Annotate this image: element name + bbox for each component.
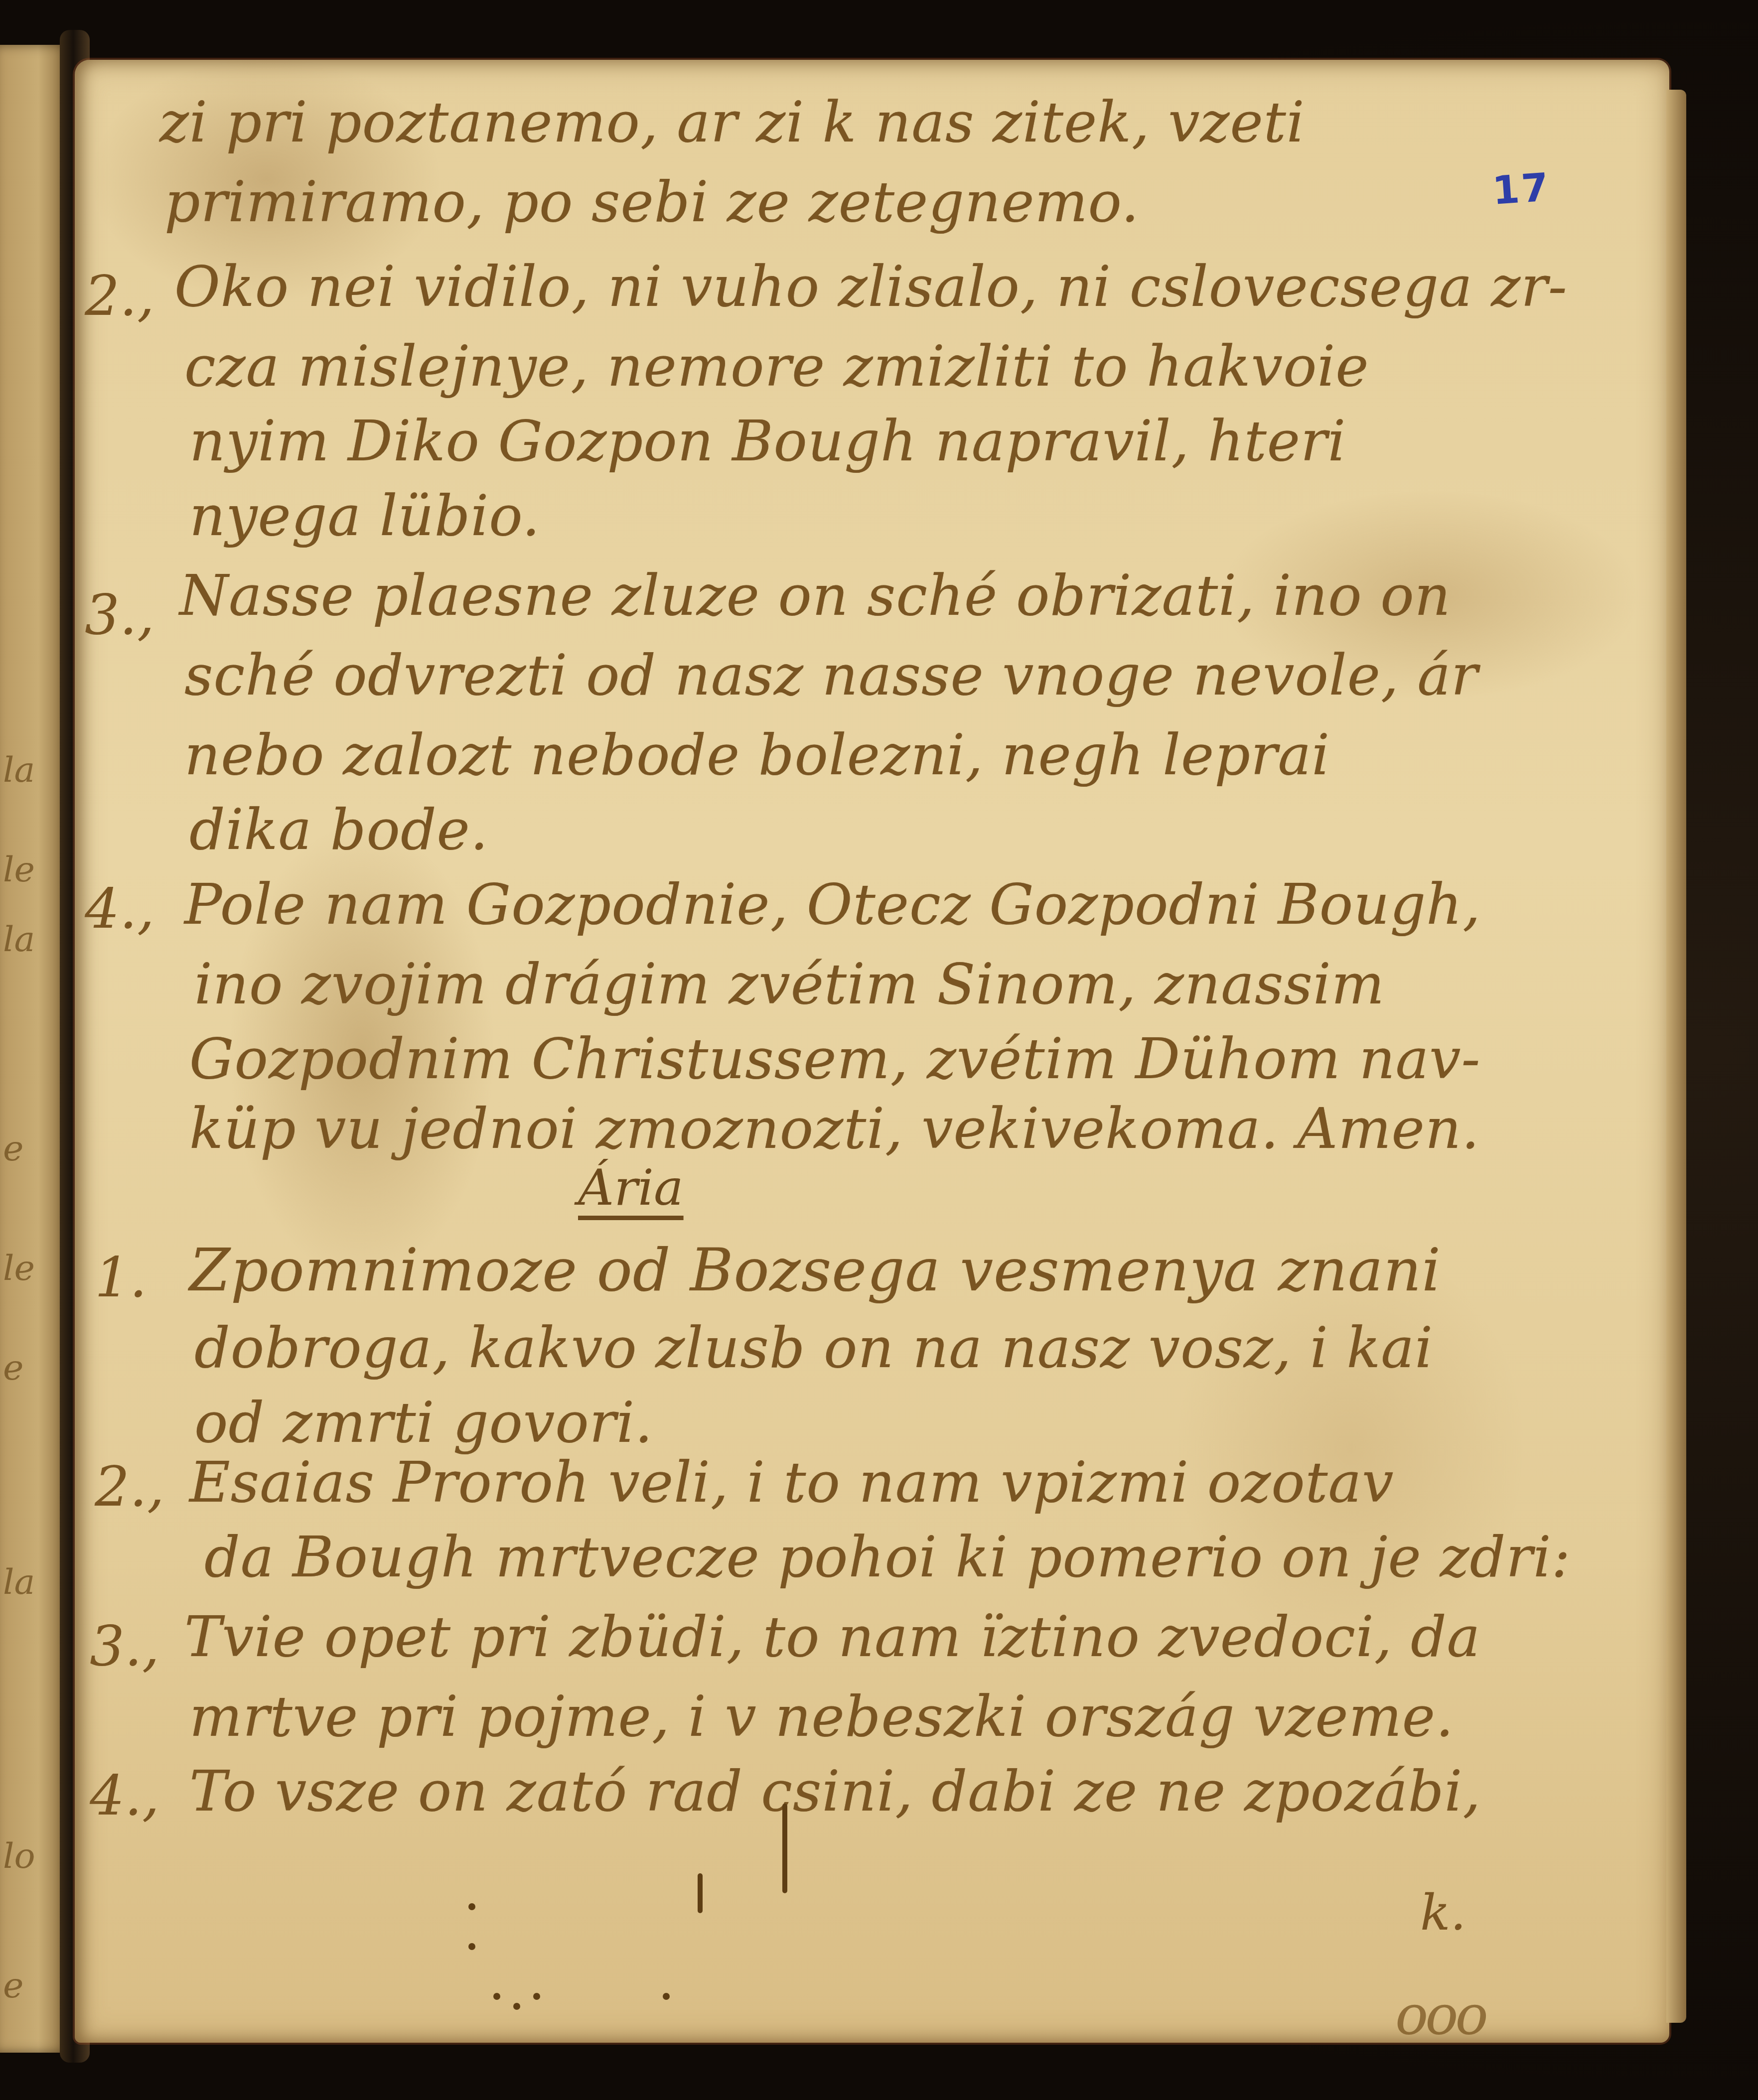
left-page-fragment: e — [3, 1350, 23, 1385]
text-line: nyega lübio. — [189, 488, 540, 544]
text-line: küp vu jednoi zmoznozti, vekivekoma. Ame… — [189, 1101, 1480, 1157]
decorative-flourish: ooo — [1395, 1983, 1485, 2047]
verse-number: 3., — [90, 1614, 159, 1678]
text-line: Gozpodnim Christussem, zvétim Dühom nav- — [189, 1031, 1480, 1087]
text-line: zi pri poztanemo, ar zi k nas zitek, vze… — [159, 95, 1305, 150]
section-heading: Ária — [578, 1158, 684, 1217]
text-line: Pole nam Gozpodnie, Otecz Gozpodni Bough… — [184, 877, 1481, 933]
left-page-fragment: e — [3, 1131, 23, 1166]
text-line: nebo zalozt nebode bolezni, negh leprai — [184, 727, 1330, 783]
text-block: zi pri poztanemo, ar zi k nas zitek, vze… — [75, 60, 1669, 2043]
text-line: ino zvojim drágim zvétim Sinom, znassim — [194, 957, 1385, 1012]
left-page-fragment: la — [3, 922, 35, 957]
text-line: To vsze on zató rad csini, dabi ze ne zp… — [189, 1764, 1481, 1820]
verse-number: 1. — [95, 1246, 147, 1309]
left-page-fragment: la — [3, 1564, 35, 1599]
manuscript-scene: la le la e le e la lo e 17 zi pri poztan… — [0, 0, 1758, 2100]
verse-number: 3., — [85, 583, 154, 647]
left-page-fragment: la — [3, 752, 35, 787]
verse-number: 2., — [85, 264, 154, 328]
text-line: dobroga, kakvo zlusb on na nasz vosz, i … — [194, 1320, 1433, 1376]
left-page-fragment: le — [3, 1251, 35, 1285]
ink-drip — [698, 1873, 703, 1913]
text-line: cza mislejnye, nemore zmizliti to hakvoi… — [184, 339, 1369, 395]
text-line: Oko nei vidilo, ni vuho zlisalo, ni cslo… — [174, 259, 1568, 315]
end-mark: k. — [1420, 1883, 1466, 1942]
text-line: mrtve pri pojme, i v nebeszki ország vze… — [189, 1689, 1454, 1745]
left-page-fragment: lo — [3, 1838, 35, 1873]
left-facing-page-strip: la le la e le e la lo e — [0, 45, 70, 2053]
ink-dot — [468, 1903, 475, 1910]
text-line: primiramo, po sebi ze zetegnemo. — [164, 174, 1140, 230]
text-line: Esaias Proroh veli, i to nam vpizmi ozot… — [189, 1455, 1394, 1511]
ink-dot — [533, 1993, 540, 2000]
verse-number: 4., — [90, 1764, 159, 1827]
manuscript-page: 17 zi pri poztanemo, ar zi k nas zitek, … — [75, 60, 1669, 2043]
ink-drip — [782, 1804, 787, 1893]
ink-dot — [663, 1993, 670, 2000]
verse-number: 4., — [85, 877, 154, 941]
text-line: da Bough mrtvecze pohoi ki pomerio on je… — [204, 1530, 1571, 1585]
text-line: Nasse plaesne zluze on sché obrizati, in… — [179, 568, 1451, 624]
text-line: dika bode. — [189, 802, 488, 858]
ink-dot — [493, 1993, 500, 2000]
verse-number: 2., — [95, 1455, 164, 1519]
page-edge — [1666, 90, 1686, 2023]
left-page-fragment: e — [3, 1968, 23, 2003]
text-line: od zmrti govori. — [194, 1395, 653, 1451]
left-page-fragment: le — [3, 852, 35, 887]
ink-dot — [468, 1943, 475, 1950]
ink-dot — [513, 2003, 520, 2010]
text-line: Zpomnimoze od Bozsega vesmenya znani — [189, 1241, 1441, 1299]
text-line: sché odvrezti od nasz nasse vnoge nevole… — [184, 648, 1478, 703]
text-line: nyim Diko Gozpon Bough napravil, hteri — [189, 414, 1346, 469]
text-line: Tvie opet pri zbüdi, to nam ïztino zvedo… — [184, 1609, 1480, 1665]
